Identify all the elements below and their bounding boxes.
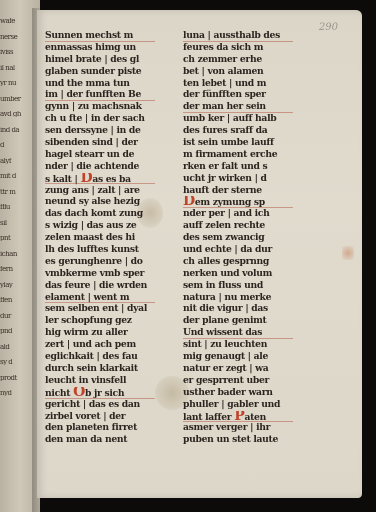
left-page-line: pnt <box>0 235 34 241</box>
red-underline <box>183 338 293 339</box>
left-page-line: fern <box>0 266 34 272</box>
manuscript-line: des sem zwancig <box>183 232 305 244</box>
left-page-line: nerse <box>0 34 34 40</box>
manuscript-line: des fures sraff da <box>183 125 305 137</box>
manuscript-line: zung ans | zalt | are <box>45 185 167 197</box>
left-page-line: ichan <box>0 251 34 257</box>
rubricated-initial: P <box>234 411 244 422</box>
manuscript-line: hagel stearr un de <box>45 149 167 161</box>
manuscript-line: ten lebet | und m <box>183 78 305 90</box>
manuscript-line: mig genaugt | ale <box>183 351 305 363</box>
manuscript-line: auff zelen rechte <box>183 220 305 232</box>
manuscript-line: bet | von alamen <box>183 66 305 78</box>
manuscript-line: enmassas himg un <box>45 42 167 54</box>
manuscript-line: feures da sich m <box>183 42 305 54</box>
left-page-line: iviss <box>0 49 34 55</box>
manuscript-line: ch zemmer erhe <box>183 54 305 66</box>
manuscript-line: umb ker | auff halb <box>183 113 305 125</box>
manuscript-line: phuller | gabler und <box>183 399 305 411</box>
manuscript-line: natura | nu merke <box>183 292 305 304</box>
left-page-line: prodt <box>0 375 34 381</box>
left-page-line: ylay <box>0 282 34 288</box>
left-page-line: d <box>0 142 34 148</box>
left-page-line: mit d <box>0 173 34 179</box>
left-page-line: il nal <box>0 65 34 71</box>
manuscript-line: ch u fte | in der sach <box>45 113 167 125</box>
manuscript-line: durch sein klarkait <box>45 363 167 375</box>
manuscript-line: nder per | and ich <box>183 208 305 220</box>
red-underline <box>183 112 293 113</box>
manuscript-line: zirbel voret | der <box>45 411 167 423</box>
manuscript-line: gynn | zu machsnak <box>45 101 167 113</box>
left-page-line: wafe <box>0 18 34 24</box>
left-page-line: umber <box>0 96 34 102</box>
red-underline <box>183 207 293 208</box>
left-page-line: fflu <box>0 204 34 210</box>
manuscript-line: rken er falt und s <box>183 161 305 173</box>
red-underline <box>183 41 293 42</box>
text-column-b: luna | aussthalb desfeures da sich mch z… <box>183 30 305 446</box>
manuscript-line: der plane genimt <box>183 315 305 327</box>
left-page-line: nyd <box>0 390 34 396</box>
rubricated-initial: O <box>73 387 85 398</box>
manuscript-line: das feure | die wrden <box>45 280 167 292</box>
manuscript-line: ch alles gesprnng <box>183 256 305 268</box>
left-page-line: sy d <box>0 359 34 365</box>
manuscript-line: sem in fluss und <box>183 280 305 292</box>
manuscript-line: vmbkerme vmb sper <box>45 268 167 280</box>
red-underline <box>45 41 155 42</box>
left-page-line: ald <box>0 344 34 350</box>
manuscript-line: ist sein umbe lauff <box>183 137 305 149</box>
manuscript-line: das dach komt zung <box>45 208 167 220</box>
manuscript-line: zert | und ach pem <box>45 339 167 351</box>
manuscript-line: nder | die achtende <box>45 161 167 173</box>
manuscript-line: zelen maast des hi <box>45 232 167 244</box>
manuscript-line: asmer verger | ihr <box>183 422 305 434</box>
left-page-line: sil <box>0 220 34 226</box>
manuscript-line: leucht in vinsfell <box>45 375 167 387</box>
left-page-line: ind da <box>0 127 34 133</box>
folio-number: 290 <box>319 22 338 33</box>
manuscript-line: gericht | das es dan <box>45 399 167 411</box>
left-page-line: pnd <box>0 328 34 334</box>
text-column-a: Sunnen mechst menmassas himg unhimel bra… <box>45 30 167 446</box>
manuscript-line: sen derssyne | in de <box>45 125 167 137</box>
manuscript-line: sibenden sind | der <box>45 137 167 149</box>
rubricated-initial: D <box>183 196 195 207</box>
manuscript-line: der fünfften sper <box>183 89 305 101</box>
left-page-line: alyf <box>0 158 34 164</box>
red-underline <box>45 183 155 184</box>
left-page-line: dur <box>0 313 34 319</box>
manuscript-line: s wizig | das aus ze <box>45 220 167 232</box>
manuscript-line: eglichkait | des fau <box>45 351 167 363</box>
manuscript-line: neund sy alse hezig <box>45 196 167 208</box>
manuscript-line: nerken und volum <box>183 268 305 280</box>
manuscript-line: er gesprrent uber <box>183 375 305 387</box>
manuscript-line: nit die vigur | das <box>183 303 305 315</box>
manuscript-line: sem selben ent | dyal <box>45 303 167 315</box>
ink-blot <box>342 246 354 260</box>
left-page-line: avd gh <box>0 111 34 117</box>
manuscript-line: ler schopfung gez <box>45 315 167 327</box>
manuscript-line: es gerunghenre | do <box>45 256 167 268</box>
manuscript-line: puben un stet laute <box>183 434 305 446</box>
manuscript-line: den man da nent <box>45 434 167 446</box>
left-page-line: ffen <box>0 297 34 303</box>
manuscript-page: 290 Sunnen mechst menmassas himg unhimel… <box>37 10 362 498</box>
left-page-line: ttr m <box>0 189 34 195</box>
manuscript-line: den planeten firret <box>45 422 167 434</box>
manuscript-line: natur er zegt | wa <box>183 363 305 375</box>
manuscript-line: glaben sunder piste <box>45 66 167 78</box>
manuscript-line: hauft der sterne <box>183 185 305 197</box>
manuscript-line: hig wirm zu aller <box>45 327 167 339</box>
left-page-line: yr nu <box>0 80 34 86</box>
manuscript-line: und the mma tun <box>45 78 167 90</box>
manuscript-line: lh des lufftes kunst <box>45 244 167 256</box>
manuscript-line: und echte | da dur <box>183 244 305 256</box>
manuscript-line: m firmament erche <box>183 149 305 161</box>
red-underline <box>45 302 155 303</box>
red-underline <box>45 398 155 399</box>
manuscript-line: sint | zu leuchten <box>183 339 305 351</box>
rubricated-initial: D <box>80 173 92 184</box>
red-underline <box>183 421 293 422</box>
manuscript-line: ucht jr wirken | d <box>183 173 305 185</box>
manuscript-line: usther bader warn <box>183 387 305 399</box>
red-underline <box>45 100 155 101</box>
manuscript-line: himel brate | des gl <box>45 54 167 66</box>
